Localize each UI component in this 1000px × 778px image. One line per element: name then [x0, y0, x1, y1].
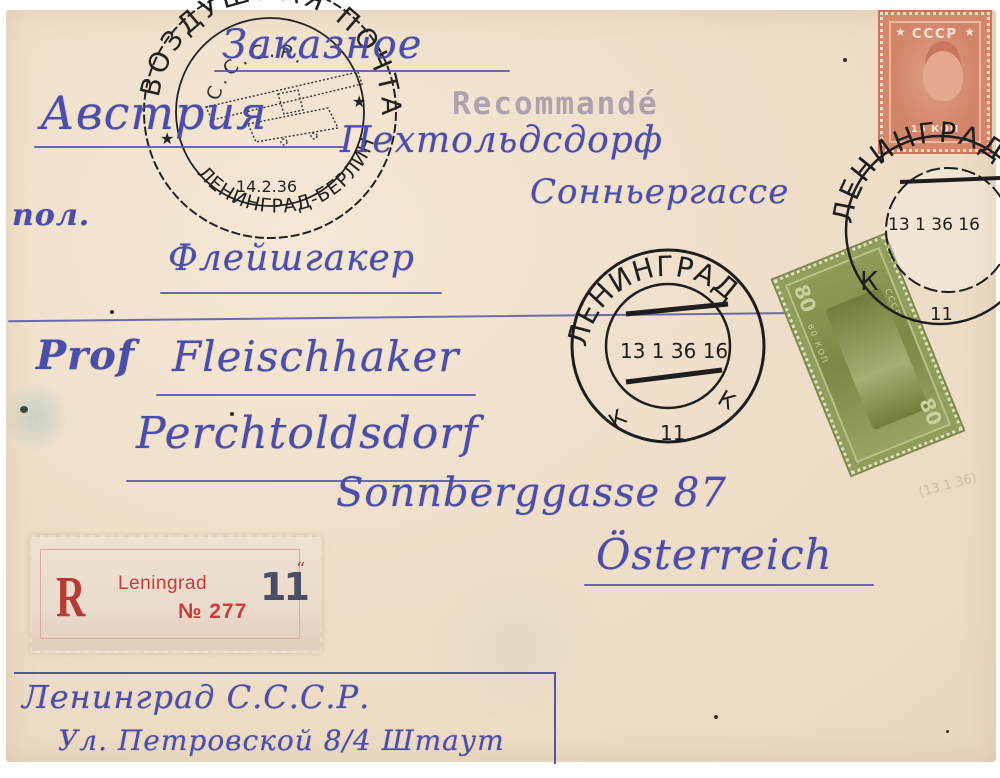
svg-text:ЛЕНИНГРАД: ЛЕНИНГРАД	[561, 250, 745, 350]
underline	[584, 584, 874, 586]
registration-label: R Leningrad 11 “ № 277	[30, 535, 322, 653]
handwriting-recipient-name: Fleischhaker	[172, 332, 459, 381]
handwriting-prof: Prof	[36, 332, 135, 379]
recommande-cachet: Recommandé	[452, 86, 659, 122]
ink-spot	[946, 730, 949, 733]
svg-text:К: К	[605, 405, 632, 435]
handwriting-pol: пол.	[12, 198, 90, 233]
svg-text:13 1 36 16: 13 1 36 16	[888, 215, 980, 235]
handwriting-ru-street: Сонньергассе	[530, 172, 789, 212]
postmark-corner: ЛЕНИНГРАД 13 1 36 16 К 11	[830, 120, 1000, 330]
svg-text:11: 11	[930, 304, 953, 325]
ink-spot	[110, 310, 114, 314]
svg-text:11: 11	[660, 421, 685, 445]
return-address-line2: Ул. Петровской 8/4 Штаут	[58, 724, 505, 757]
underline	[214, 70, 510, 72]
handwriting-ru-town: Пехтольдсдорф	[340, 120, 663, 161]
handwriting-recipient-street: Sonnberggasse 87	[336, 470, 727, 516]
postmark-leningrad: ЛЕНИНГРАД 13 1 36 16 К К 11	[564, 246, 774, 446]
registration-city: Leningrad	[118, 573, 207, 595]
portrait-image	[923, 51, 963, 101]
handwriting-recipient-country: Österreich	[596, 530, 833, 579]
quote-mark: “	[296, 559, 305, 580]
svg-text:К: К	[713, 386, 739, 416]
handwriting-ru-name: Флейшгакер	[168, 238, 415, 279]
handwriting-avstriya: Австрия	[40, 86, 268, 140]
stamp-value-top: 80	[789, 281, 822, 316]
svg-text:★: ★	[352, 92, 366, 111]
ink-spot	[714, 715, 718, 719]
water-stain	[6, 382, 66, 452]
return-address-line1: Ленинград С.С.С.Р.	[22, 678, 370, 716]
handwriting-zakaznoe: Заказное	[222, 22, 422, 68]
underline	[156, 394, 476, 396]
svg-text:14.2.36: 14.2.36	[236, 177, 297, 196]
svg-text:13 1 36 16: 13 1 36 16	[620, 339, 728, 363]
svg-text:К: К	[860, 267, 878, 297]
stamp-country: СССР	[891, 27, 979, 42]
registration-number: № 277	[178, 600, 247, 624]
registration-letter: R	[56, 563, 85, 630]
ink-spot	[843, 58, 847, 62]
ink-spot	[20, 406, 28, 413]
underline	[34, 146, 344, 148]
handwriting-recipient-town: Perchtoldsdorf	[136, 408, 479, 459]
underline	[160, 292, 442, 294]
